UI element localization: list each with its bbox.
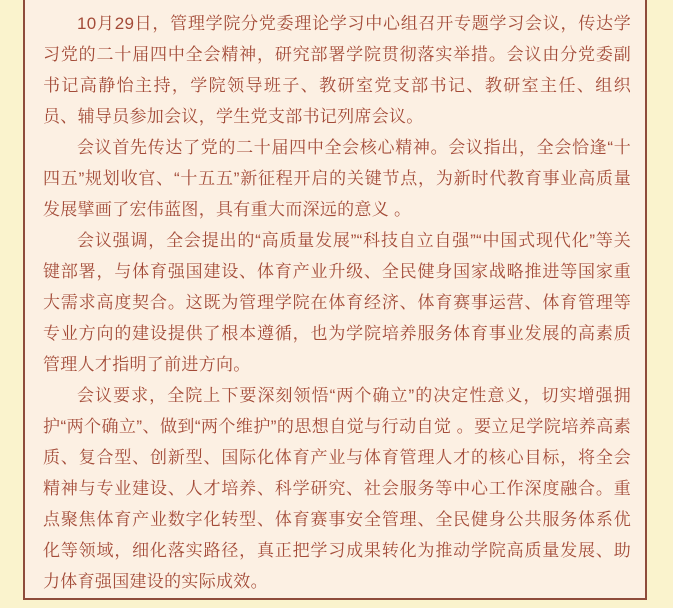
paragraph-meeting-requirements: 会议要求，全院上下要深刻领悟“两个确立”的决定性意义，切实增强拥护“两个确立”、… [43,380,631,597]
paragraph-plenary-spirit: 会议首先传达了党的二十届四中全会核心精神。会议指出，全会恰逢“十四五”规划收官、… [43,132,631,225]
paragraph-meeting-emphasis: 会议强调，全会提出的“高质量发展”“科技自立自强”“中国式现代化”等关键部署，与… [43,225,631,380]
article-body: 10月29日，管理学院分党委理论学习中心组召开专题学习会议，传达学习党的二十届四… [25,0,645,597]
paragraph-meeting-intro: 10月29日，管理学院分党委理论学习中心组召开专题学习会议，传达学习党的二十届四… [43,8,631,132]
article-card: 10月29日，管理学院分党委理论学习中心组召开专题学习会议，传达学习党的二十届四… [23,0,647,600]
